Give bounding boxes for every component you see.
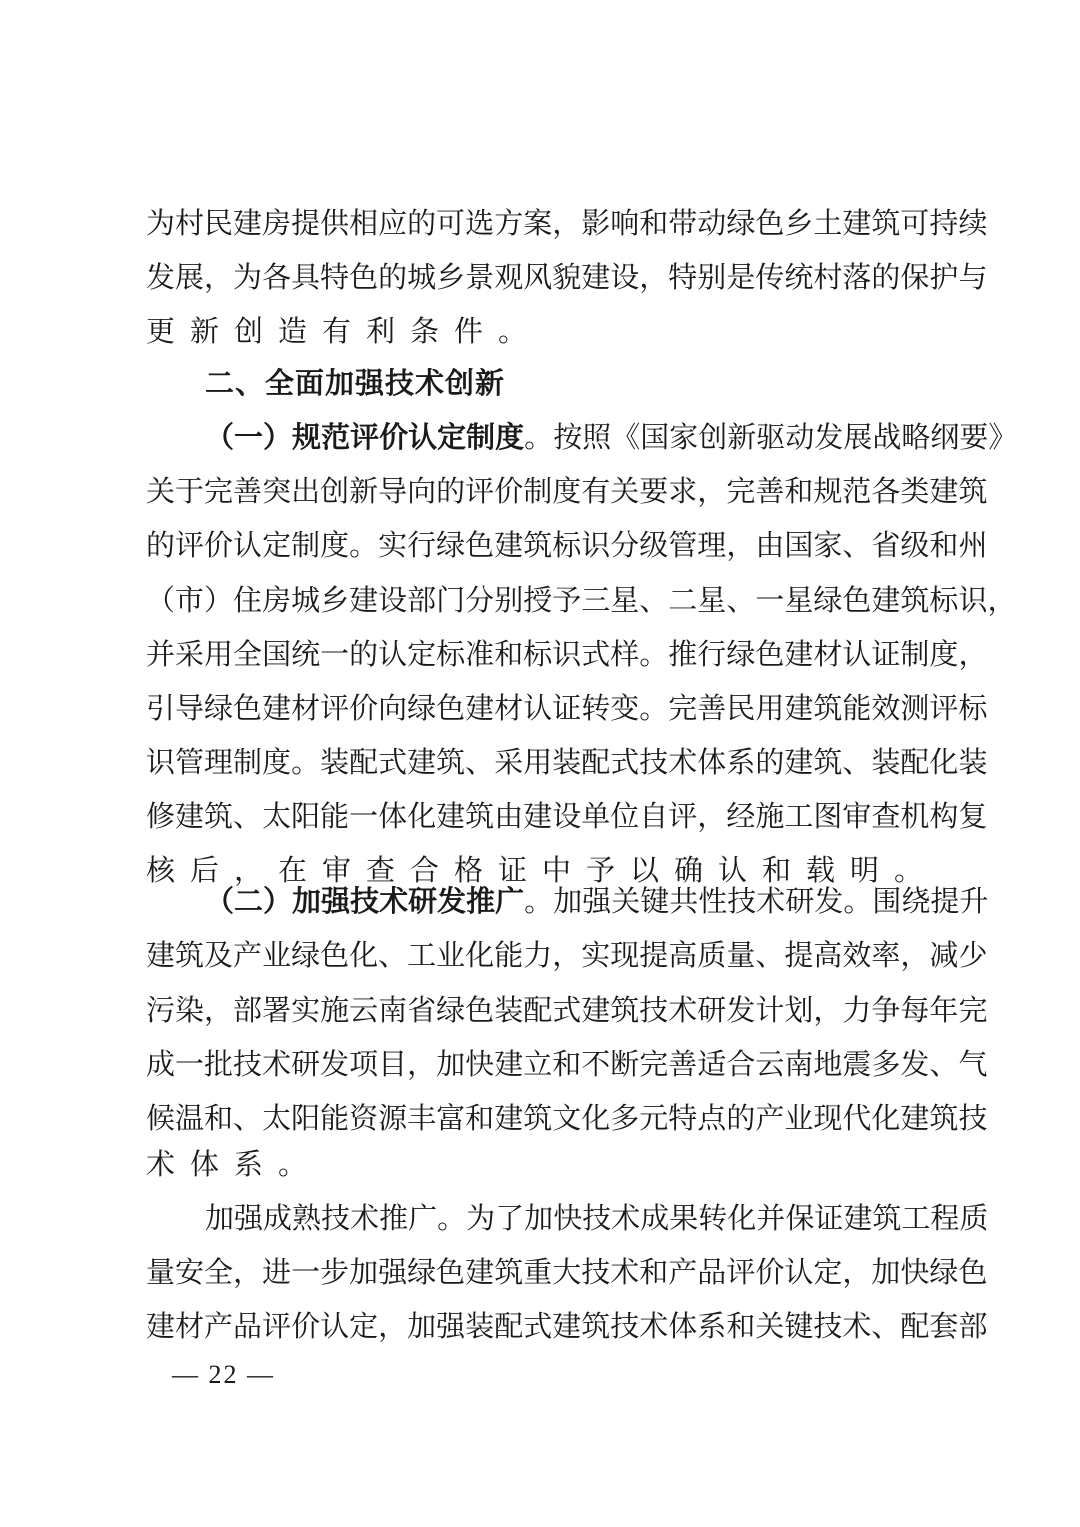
body-text-line: 建材产品评价认定，加强装配式建筑技术体系和关键技术、配套部	[146, 1306, 946, 1346]
body-text-line: 引导绿色建材评价向绿色建材认证转变。完善民用建筑能效测评标	[146, 688, 946, 728]
section-heading: 二、全面加强技术创新	[205, 363, 505, 403]
body-text-line: 并采用全国统一的认定标准和标识式样。推行绿色建材认证制度，	[146, 634, 946, 674]
page-number: — 22 —	[172, 1359, 275, 1391]
body-text-line: （市）住房城乡建设部门分别授予三星、二星、一星绿色建筑标识，	[146, 580, 946, 620]
body-text-line: 识管理制度。装配式建筑、采用装配式技术体系的建筑、装配化装	[146, 742, 946, 782]
body-text-line: 成一批技术研发项目，加快建立和不断完善适合云南地震多发、气	[146, 1044, 946, 1084]
body-text-line: 量安全，进一步加强绿色建筑重大技术和产品评价认定，加快绿色	[146, 1252, 946, 1292]
body-text-line: 的评价认定制度。实行绿色建筑标识分级管理，由国家、省级和州	[146, 525, 946, 565]
body-text-line: 为村民建房提供相应的可选方案，影响和带动绿色乡土建筑可持续	[146, 203, 946, 243]
body-text-line: 术体系。	[146, 1144, 946, 1184]
subsection-first-line: （一）规范评价认定制度。按照《国家创新驱动发展战略纲要》	[205, 417, 946, 457]
body-text-line: 污染，部署实施云南省绿色装配式建筑技术研发计划，力争每年完	[146, 990, 946, 1030]
paragraph-first-line: 加强成熟技术推广。为了加快技术成果转化并保证建筑工程质	[205, 1198, 946, 1238]
body-text-line: 关于完善突出创新导向的评价制度有关要求，完善和规范各类建筑	[146, 471, 946, 511]
body-text-line: 发展，为各具特色的城乡景观风貌建设，特别是传统村落的保护与	[146, 257, 946, 297]
body-text-line: 修建筑、太阳能一体化建筑由建设单位自评，经施工图审查机构复	[146, 796, 946, 836]
body-text-line: 建筑及产业绿色化、工业化能力，实现提高质量、提高效率，减少	[146, 935, 946, 975]
body-text-line: 候温和、太阳能资源丰富和建筑文化多元特点的产业现代化建筑技	[146, 1098, 946, 1138]
subsection-first-line: （二）加强技术研发推广。加强关键共性技术研发。围绕提升	[205, 881, 946, 921]
body-text-line: 更新创造有利条件。	[146, 311, 946, 351]
document-page: 为村民建房提供相应的可选方案，影响和带动绿色乡土建筑可持续 发展，为各具特色的城…	[0, 0, 1080, 1527]
